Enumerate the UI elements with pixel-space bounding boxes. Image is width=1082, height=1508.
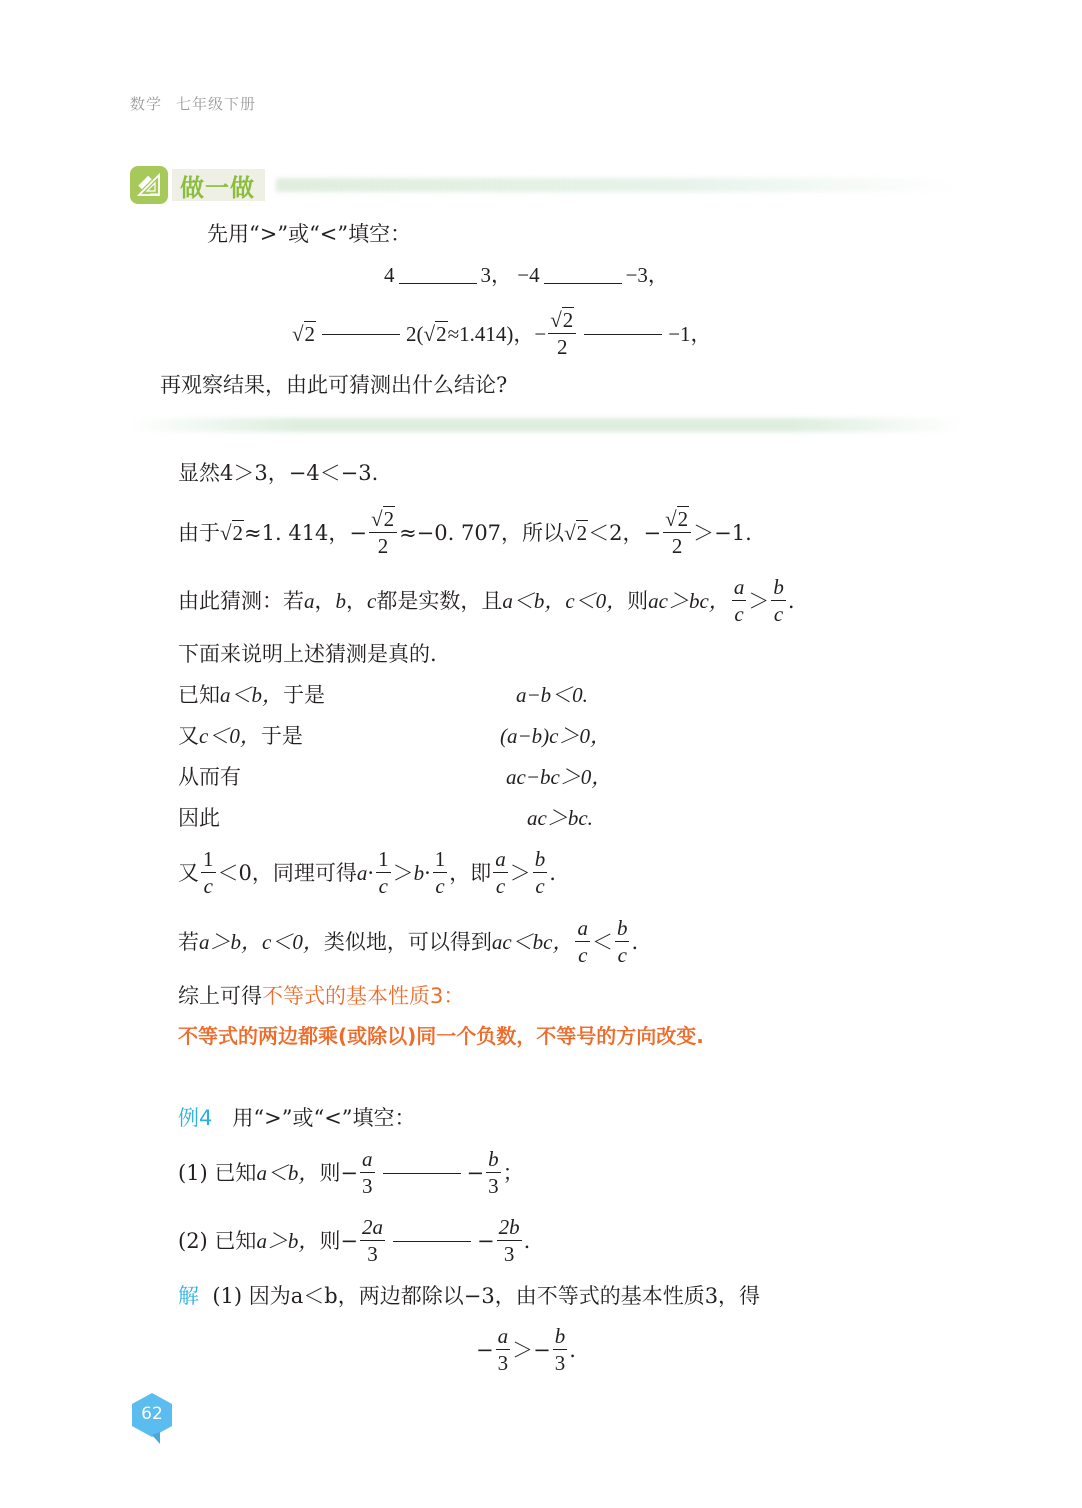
minus-sign: −: [467, 1163, 485, 1184]
value: 2(: [406, 324, 424, 345]
fill-blank[interactable]: [584, 334, 662, 335]
numerator: a: [493, 849, 508, 873]
property-name: 不等式的基本性质3：: [262, 984, 464, 1008]
fraction: bc: [615, 918, 630, 966]
solution-line-2: 由于 √2 ≈1. 414， − √22 ≈−0. 707，所以 √2 ＜2， …: [178, 505, 752, 561]
value: 4: [384, 263, 395, 287]
denominator: c: [774, 601, 783, 625]
numerator: b: [771, 577, 786, 601]
text: .: [569, 1340, 576, 1361]
denominator: c: [204, 873, 213, 897]
fill-blank[interactable]: [393, 1241, 471, 1242]
value: −4: [517, 263, 539, 287]
fraction: √22: [548, 310, 576, 358]
proof-row-right: (a−b)c＞0，: [500, 726, 611, 747]
numerator: a: [575, 918, 590, 942]
text: 都是实数，且: [376, 591, 502, 612]
solution-line-1: 显然4＞3，−4＜−3.: [178, 463, 378, 484]
minus-sign: −: [477, 1231, 495, 1252]
lt-sign: ＜: [592, 932, 613, 953]
text: ≈1. 414，: [244, 523, 349, 544]
numerator: b: [533, 849, 548, 873]
summary-line: 综上可得不等式的基本性质3：: [178, 986, 464, 1007]
numerator: a: [360, 1149, 375, 1173]
numerator: 2a: [360, 1217, 385, 1241]
fraction: 2b3: [497, 1217, 522, 1265]
numerator: 2b: [497, 1217, 522, 1241]
fill-blank[interactable]: [322, 334, 400, 335]
solution-line-3: 由此猜测：若a，b，c都是实数，且a＜b，c＜0，则ac＞bc， ac＞bc.: [178, 573, 795, 629]
example-instruction: 用“>”或“<”填空：: [232, 1106, 415, 1130]
proof-row-right: ac−bc＞0，: [506, 767, 612, 788]
proof-row-right: ac＞bc.: [527, 808, 593, 829]
text: 若: [178, 932, 199, 953]
page-number-badge: 62: [130, 1392, 172, 1436]
denominator: 3: [555, 1350, 566, 1374]
denominator: 3: [488, 1173, 499, 1197]
section-heading: 做一做: [130, 165, 265, 205]
result: ac＜bc，: [492, 932, 574, 953]
denominator: c: [496, 873, 505, 897]
page-number: 62: [130, 1404, 174, 1424]
text: .: [631, 932, 638, 953]
proof-row: 又c＜0，于是: [178, 726, 303, 747]
text: 由此猜测：若: [178, 591, 304, 612]
text: ，: [315, 591, 336, 612]
solution-line-9: 又 1c ＜0，同理可得a· 1c ＞b· 1c ，即 ac＞bc.: [178, 845, 556, 901]
header-subject: 数学: [130, 95, 162, 113]
proof-row: 已知a＜b，于是: [178, 685, 325, 706]
text: 由于: [178, 523, 220, 544]
answer-label: 解: [178, 1284, 199, 1308]
text: 又: [178, 863, 199, 884]
numerator: b: [553, 1326, 568, 1350]
radicand: 2: [576, 520, 589, 545]
gt-sign: ＞−: [512, 1340, 551, 1361]
proof-row: 因此: [178, 808, 220, 829]
radicand: 2: [435, 321, 448, 346]
fraction: b3: [553, 1326, 568, 1374]
numerator: b: [615, 918, 630, 942]
text: 综上可得: [178, 984, 262, 1008]
fraction: bc: [771, 577, 786, 625]
text: 已知: [214, 1163, 256, 1184]
denominator: 3: [504, 1241, 515, 1265]
fraction: b3: [486, 1149, 501, 1197]
condition: a＜b，: [256, 1163, 319, 1184]
fraction: ac: [493, 849, 508, 897]
fraction: ac: [575, 918, 590, 966]
activity-instruction: 先用“>”或“<”填空：: [207, 224, 411, 245]
math: c＜0，: [199, 724, 261, 748]
text: 则: [627, 591, 648, 612]
property-statement: 不等式的两边都乘(或除以)同一个负数，不等号的方向改变.: [178, 1026, 704, 1046]
fraction: 1c: [376, 849, 391, 897]
condition: a＞b，: [256, 1231, 319, 1252]
denominator: c: [435, 873, 444, 897]
text: 则−: [319, 1163, 358, 1184]
fraction: a3: [496, 1326, 511, 1374]
text: .: [788, 591, 795, 612]
question-number: (1): [178, 1163, 208, 1184]
text: 已知: [178, 683, 220, 707]
value: −3，: [626, 263, 669, 287]
proof-row: 从而有: [178, 767, 241, 788]
denominator: c: [578, 942, 587, 966]
fraction: 1c: [201, 849, 216, 897]
var-b: b: [414, 863, 425, 884]
section-header-bar: [276, 178, 956, 192]
text: 又: [178, 724, 199, 748]
text: 已知: [214, 1231, 256, 1252]
radicand: 2: [677, 506, 690, 531]
answer-text: (1) 因为a＜b，两边都除以−3，由不等式的基本性质3，得: [212, 1284, 760, 1308]
value: 3，: [481, 263, 513, 287]
solution-line-4: 下面来说明上述猜测是真的.: [178, 644, 437, 665]
answer-equation: −a3＞−b3.: [476, 1322, 576, 1378]
example-label: 例4: [178, 1106, 212, 1130]
text: ，: [346, 591, 367, 612]
text: ；: [503, 1163, 524, 1184]
activity-row-2: √2 2(√2≈1.414)， − √22 −1，: [292, 306, 712, 362]
fraction: a3: [360, 1149, 375, 1197]
denominator: c: [535, 873, 544, 897]
denominator: 2: [672, 533, 683, 557]
numerator: a: [732, 577, 747, 601]
minus-sign: −: [534, 324, 546, 345]
ruler-pencil-icon: [130, 166, 168, 204]
text: .: [549, 863, 556, 884]
dot: ·: [367, 863, 374, 884]
value: ≈1.414)，: [448, 324, 535, 345]
math: a＜b，: [220, 683, 283, 707]
radicand: 2: [383, 506, 396, 531]
header-book: 七年级下册: [176, 95, 256, 113]
fraction: √22: [369, 509, 397, 557]
gt-sign: ＞: [748, 591, 769, 612]
text: .: [524, 1231, 531, 1252]
text: ＜2，: [588, 523, 643, 544]
text: 则−: [319, 1231, 358, 1252]
dot: ·: [424, 863, 431, 884]
text: ≈−0. 707，所以: [399, 523, 564, 544]
text: ＞−1.: [693, 523, 752, 544]
denominator: 3: [367, 1241, 378, 1265]
text: ＜0，同理可得: [218, 863, 357, 884]
text: 于是: [261, 724, 303, 748]
fraction: bc: [533, 849, 548, 897]
denominator: c: [379, 873, 388, 897]
denominator: 2: [557, 334, 568, 358]
fill-blank[interactable]: [383, 1173, 461, 1174]
minus-sign: −: [643, 523, 661, 544]
section-title-box: 做一做: [172, 169, 265, 201]
text: 于是: [283, 683, 325, 707]
minus-sign: −: [349, 523, 367, 544]
result: ac＞bc，: [648, 591, 730, 612]
fill-blank[interactable]: [544, 283, 622, 284]
text: 类似地，可以得到: [324, 932, 492, 953]
section-title: 做一做: [180, 168, 255, 203]
denominator: c: [734, 601, 743, 625]
condition: a＜b，c＜0，: [502, 591, 627, 612]
running-header: 数学七年级下册: [130, 93, 256, 114]
section-divider: [130, 418, 960, 432]
activity-question: 再观察结果，由此可猜测出什么结论?: [160, 375, 507, 396]
example-heading: 例4 用“>”或“<”填空：: [178, 1108, 416, 1129]
sqrt-expression: √2: [424, 324, 448, 345]
denominator: 3: [362, 1173, 373, 1197]
solution-line-10: 若a＞b，c＜0，类似地，可以得到ac＜bc， ac＜bc.: [178, 914, 638, 970]
denominator: 3: [498, 1350, 509, 1374]
question-number: (2): [178, 1231, 208, 1252]
denominator: 2: [378, 533, 389, 557]
sqrt-expression: √2: [292, 324, 316, 345]
fraction: 2a3: [360, 1217, 385, 1265]
fill-blank[interactable]: [399, 283, 477, 284]
example-question-2: (2) 已知a＞b，则− 2a3 −2b3.: [178, 1213, 530, 1269]
text: ，即: [449, 863, 491, 884]
example-question-1: (1) 已知a＜b，则− a3 −b3；: [178, 1145, 524, 1201]
var-c: c: [367, 591, 376, 612]
radicand: 2: [304, 321, 317, 346]
answer-line: 解 (1) 因为a＜b，两边都除以−3，由不等式的基本性质3，得: [178, 1286, 760, 1307]
minus-sign: −: [476, 1340, 494, 1361]
value: −1，: [668, 324, 711, 345]
activity-row-1: 43， −4−3，: [384, 265, 669, 286]
fraction: √22: [663, 509, 691, 557]
numerator: a: [496, 1326, 511, 1350]
sqrt-expression: √2: [220, 523, 244, 544]
fraction: 1c: [433, 849, 448, 897]
denominator: c: [618, 942, 627, 966]
numerator: b: [486, 1149, 501, 1173]
fraction: ac: [732, 577, 747, 625]
radicand: 2: [562, 307, 575, 332]
sqrt-expression: √2: [564, 523, 588, 544]
proof-row-right: a−b＜0.: [516, 685, 588, 706]
var-a: a: [304, 591, 315, 612]
radicand: 2: [232, 520, 245, 545]
gt-sign: ＞: [510, 863, 531, 884]
gt-sign: ＞: [393, 863, 414, 884]
var-b: b: [336, 591, 347, 612]
condition: a＞b，c＜0，: [199, 932, 324, 953]
var-a: a: [357, 863, 368, 884]
